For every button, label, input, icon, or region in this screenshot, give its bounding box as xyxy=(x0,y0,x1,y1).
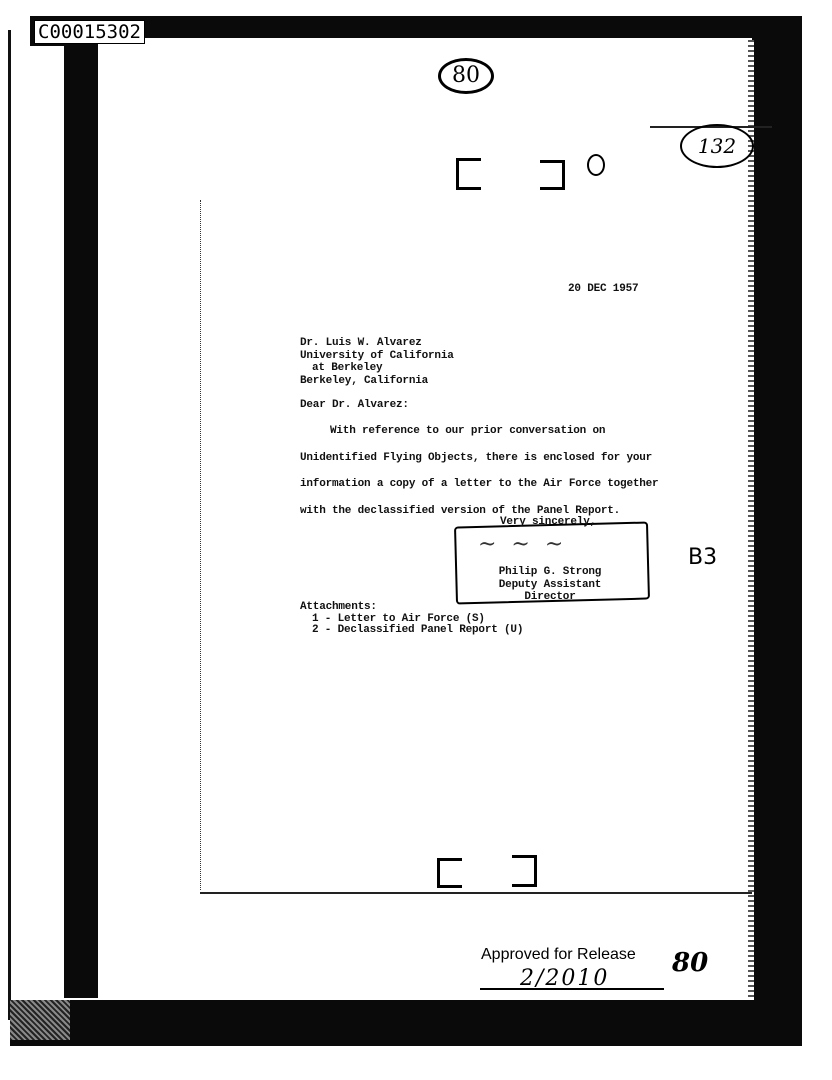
margin-mark: B3 xyxy=(688,545,717,570)
inner-page-left-edge xyxy=(200,200,202,890)
inner-page-bottom-edge xyxy=(200,892,752,894)
scan-edge-line xyxy=(8,30,11,1020)
letter-body-paragraph: With reference to our prior conversation… xyxy=(300,418,680,524)
scan-border-bottom xyxy=(10,1000,802,1046)
scan-border-left xyxy=(64,38,98,998)
closing: Very sincerely, xyxy=(500,516,596,528)
release-stamp-label: Approved for Release xyxy=(481,946,636,964)
page-number: 80 xyxy=(672,948,708,978)
signer-name: Philip G. Strong xyxy=(470,566,630,579)
signer-block: Philip G. Strong Deputy Assistant Direct… xyxy=(470,566,630,604)
circled-number-top: 80 xyxy=(438,58,494,94)
recipient-address: Dr. Luis W. AlvarezUniversity of Califor… xyxy=(300,337,454,387)
redaction-bracket-open-icon xyxy=(437,858,462,888)
attachments-label: Attachments: xyxy=(300,602,523,614)
signature-scribble: ~ ~ ~ xyxy=(478,532,567,557)
redaction-bracket-close-icon xyxy=(512,855,537,887)
scan-noise xyxy=(10,1000,70,1040)
recipient-line4: Berkeley, California xyxy=(300,375,454,388)
circle-mark-icon xyxy=(587,154,605,176)
letter-body: With reference to our prior conversation… xyxy=(300,418,680,524)
document-id: C00015302 xyxy=(34,20,145,44)
attachment-item: 2 - Declassified Panel Report (U) xyxy=(300,625,523,637)
circled-number-corner: 132 xyxy=(680,124,754,168)
signer-title: Deputy Assistant Director xyxy=(470,579,630,604)
release-underline xyxy=(480,988,664,990)
scan-border-right xyxy=(752,16,802,1046)
redaction-bracket-close-icon xyxy=(540,160,565,190)
recipient-name: Dr. Luis W. Alvarez xyxy=(300,337,454,350)
salutation: Dear Dr. Alvarez: xyxy=(300,399,409,411)
scan-border-top xyxy=(88,16,788,38)
page-edge xyxy=(748,40,754,1000)
recipient-line2: University of California xyxy=(300,350,454,363)
attachments: Attachments:1 - Letter to Air Force (S)2… xyxy=(300,602,523,637)
redaction-bracket-open-icon xyxy=(456,158,481,190)
recipient-line3: at Berkeley xyxy=(300,362,454,375)
letter-date: 20 DEC 1957 xyxy=(568,283,638,295)
